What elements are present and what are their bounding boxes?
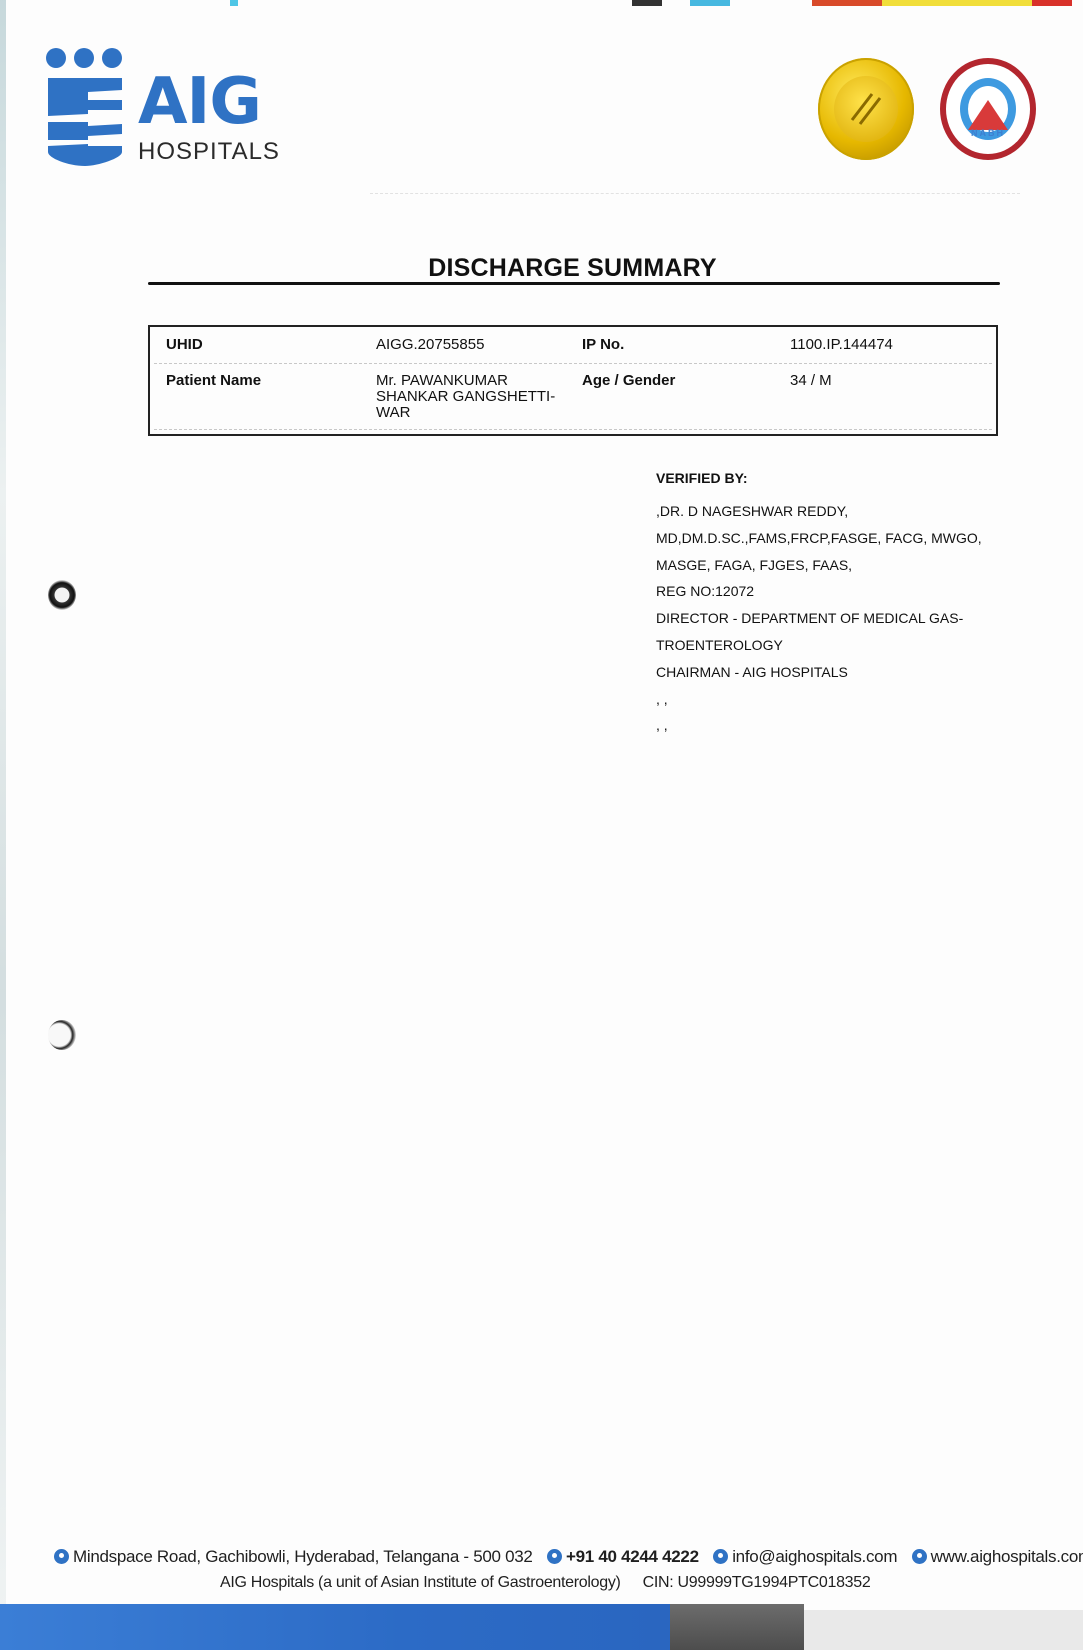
- verified-line: CHAIRMAN - AIG HOSPITALS: [656, 664, 996, 691]
- header-divider: [370, 193, 1020, 194]
- footer-band-gray: [670, 1604, 804, 1650]
- aig-hospitals-logo: AIG HOSPITALS: [46, 48, 276, 168]
- verified-line: MASGE, FAGA, FJGES, FAAS,: [656, 557, 996, 584]
- footer-website: www.aighospitals.com: [931, 1547, 1083, 1566]
- logo-subtitle-text: HOSPITALS: [138, 140, 280, 164]
- footer-contact: Mindspace Road, Gachibowli, Hyderabad, T…: [54, 1547, 1054, 1567]
- patient-name-label: Patient Name: [166, 373, 261, 389]
- globe-icon: [912, 1549, 927, 1564]
- verified-line: DIRECTOR - DEPARTMENT OF MEDICAL GAS-: [656, 610, 996, 637]
- verified-by-heading: VERIFIED BY:: [656, 470, 996, 486]
- footer-band-blue: [0, 1604, 670, 1650]
- age-gender-label: Age / Gender: [582, 373, 675, 389]
- footer-email: info@aighospitals.com: [732, 1547, 897, 1566]
- footer-phone: +91 40 4244 4222: [566, 1547, 699, 1566]
- phone-icon: [547, 1549, 562, 1564]
- title-underline: [148, 282, 1000, 285]
- punch-hole-stamp-icon: [48, 580, 76, 610]
- punch-hole-stamp-icon: [48, 1020, 76, 1050]
- verified-line: , ,: [656, 691, 996, 718]
- ip-no-label: IP No.: [582, 337, 624, 353]
- footer-address: Mindspace Road, Gachibowli, Hyderabad, T…: [73, 1547, 533, 1566]
- location-pin-icon: [54, 1549, 69, 1564]
- nabh-seal-icon: NABH: [940, 58, 1036, 160]
- verified-line: TROENTEROLOGY: [656, 637, 996, 664]
- verified-line: MD,DM.D.SC.,FAMS,FRCP,FASGE, FACG, MWGO,: [656, 530, 996, 557]
- patient-info-table: UHID AIGG.20755855 IP No. 1100.IP.144474…: [148, 325, 998, 436]
- footer-cin: CIN: U99999TG1994PTC018352: [643, 1574, 871, 1591]
- uhid-value: AIGG.20755855: [376, 337, 566, 353]
- footer-company-name: AIG Hospitals (a unit of Asian Institute…: [220, 1574, 621, 1591]
- email-icon: [713, 1549, 728, 1564]
- document-title: DISCHARGE SUMMARY: [0, 254, 1083, 283]
- nabh-label: NABH: [946, 128, 1030, 138]
- patient-name-value: Mr. PAWANKUMAR SHANKAR GANGSHETTI-WAR: [376, 373, 566, 421]
- shield-icon: [48, 78, 122, 166]
- ip-no-value: 1100.IP.144474: [790, 337, 893, 353]
- verified-line: ,DR. D NAGESHWAR REDDY,: [656, 503, 996, 530]
- scan-edge: [0, 0, 6, 1650]
- row-divider: [154, 363, 992, 364]
- uhid-label: UHID: [166, 337, 203, 353]
- logo-dots-icon: [46, 48, 122, 70]
- jci-seal-icon: [818, 58, 914, 160]
- footer-company: AIG Hospitals (a unit of Asian Institute…: [220, 1574, 870, 1592]
- row-divider: [154, 429, 992, 430]
- verified-by-section: VERIFIED BY: ,DR. D NAGESHWAR REDDY, MD,…: [656, 470, 996, 744]
- verified-line: , ,: [656, 717, 996, 744]
- age-gender-value: 34 / M: [790, 373, 832, 389]
- scan-top-strip: [0, 0, 1083, 8]
- footer-band-light: [804, 1610, 1083, 1650]
- verified-line: REG NO:12072: [656, 583, 996, 610]
- logo-brand-text: AIG: [138, 70, 261, 134]
